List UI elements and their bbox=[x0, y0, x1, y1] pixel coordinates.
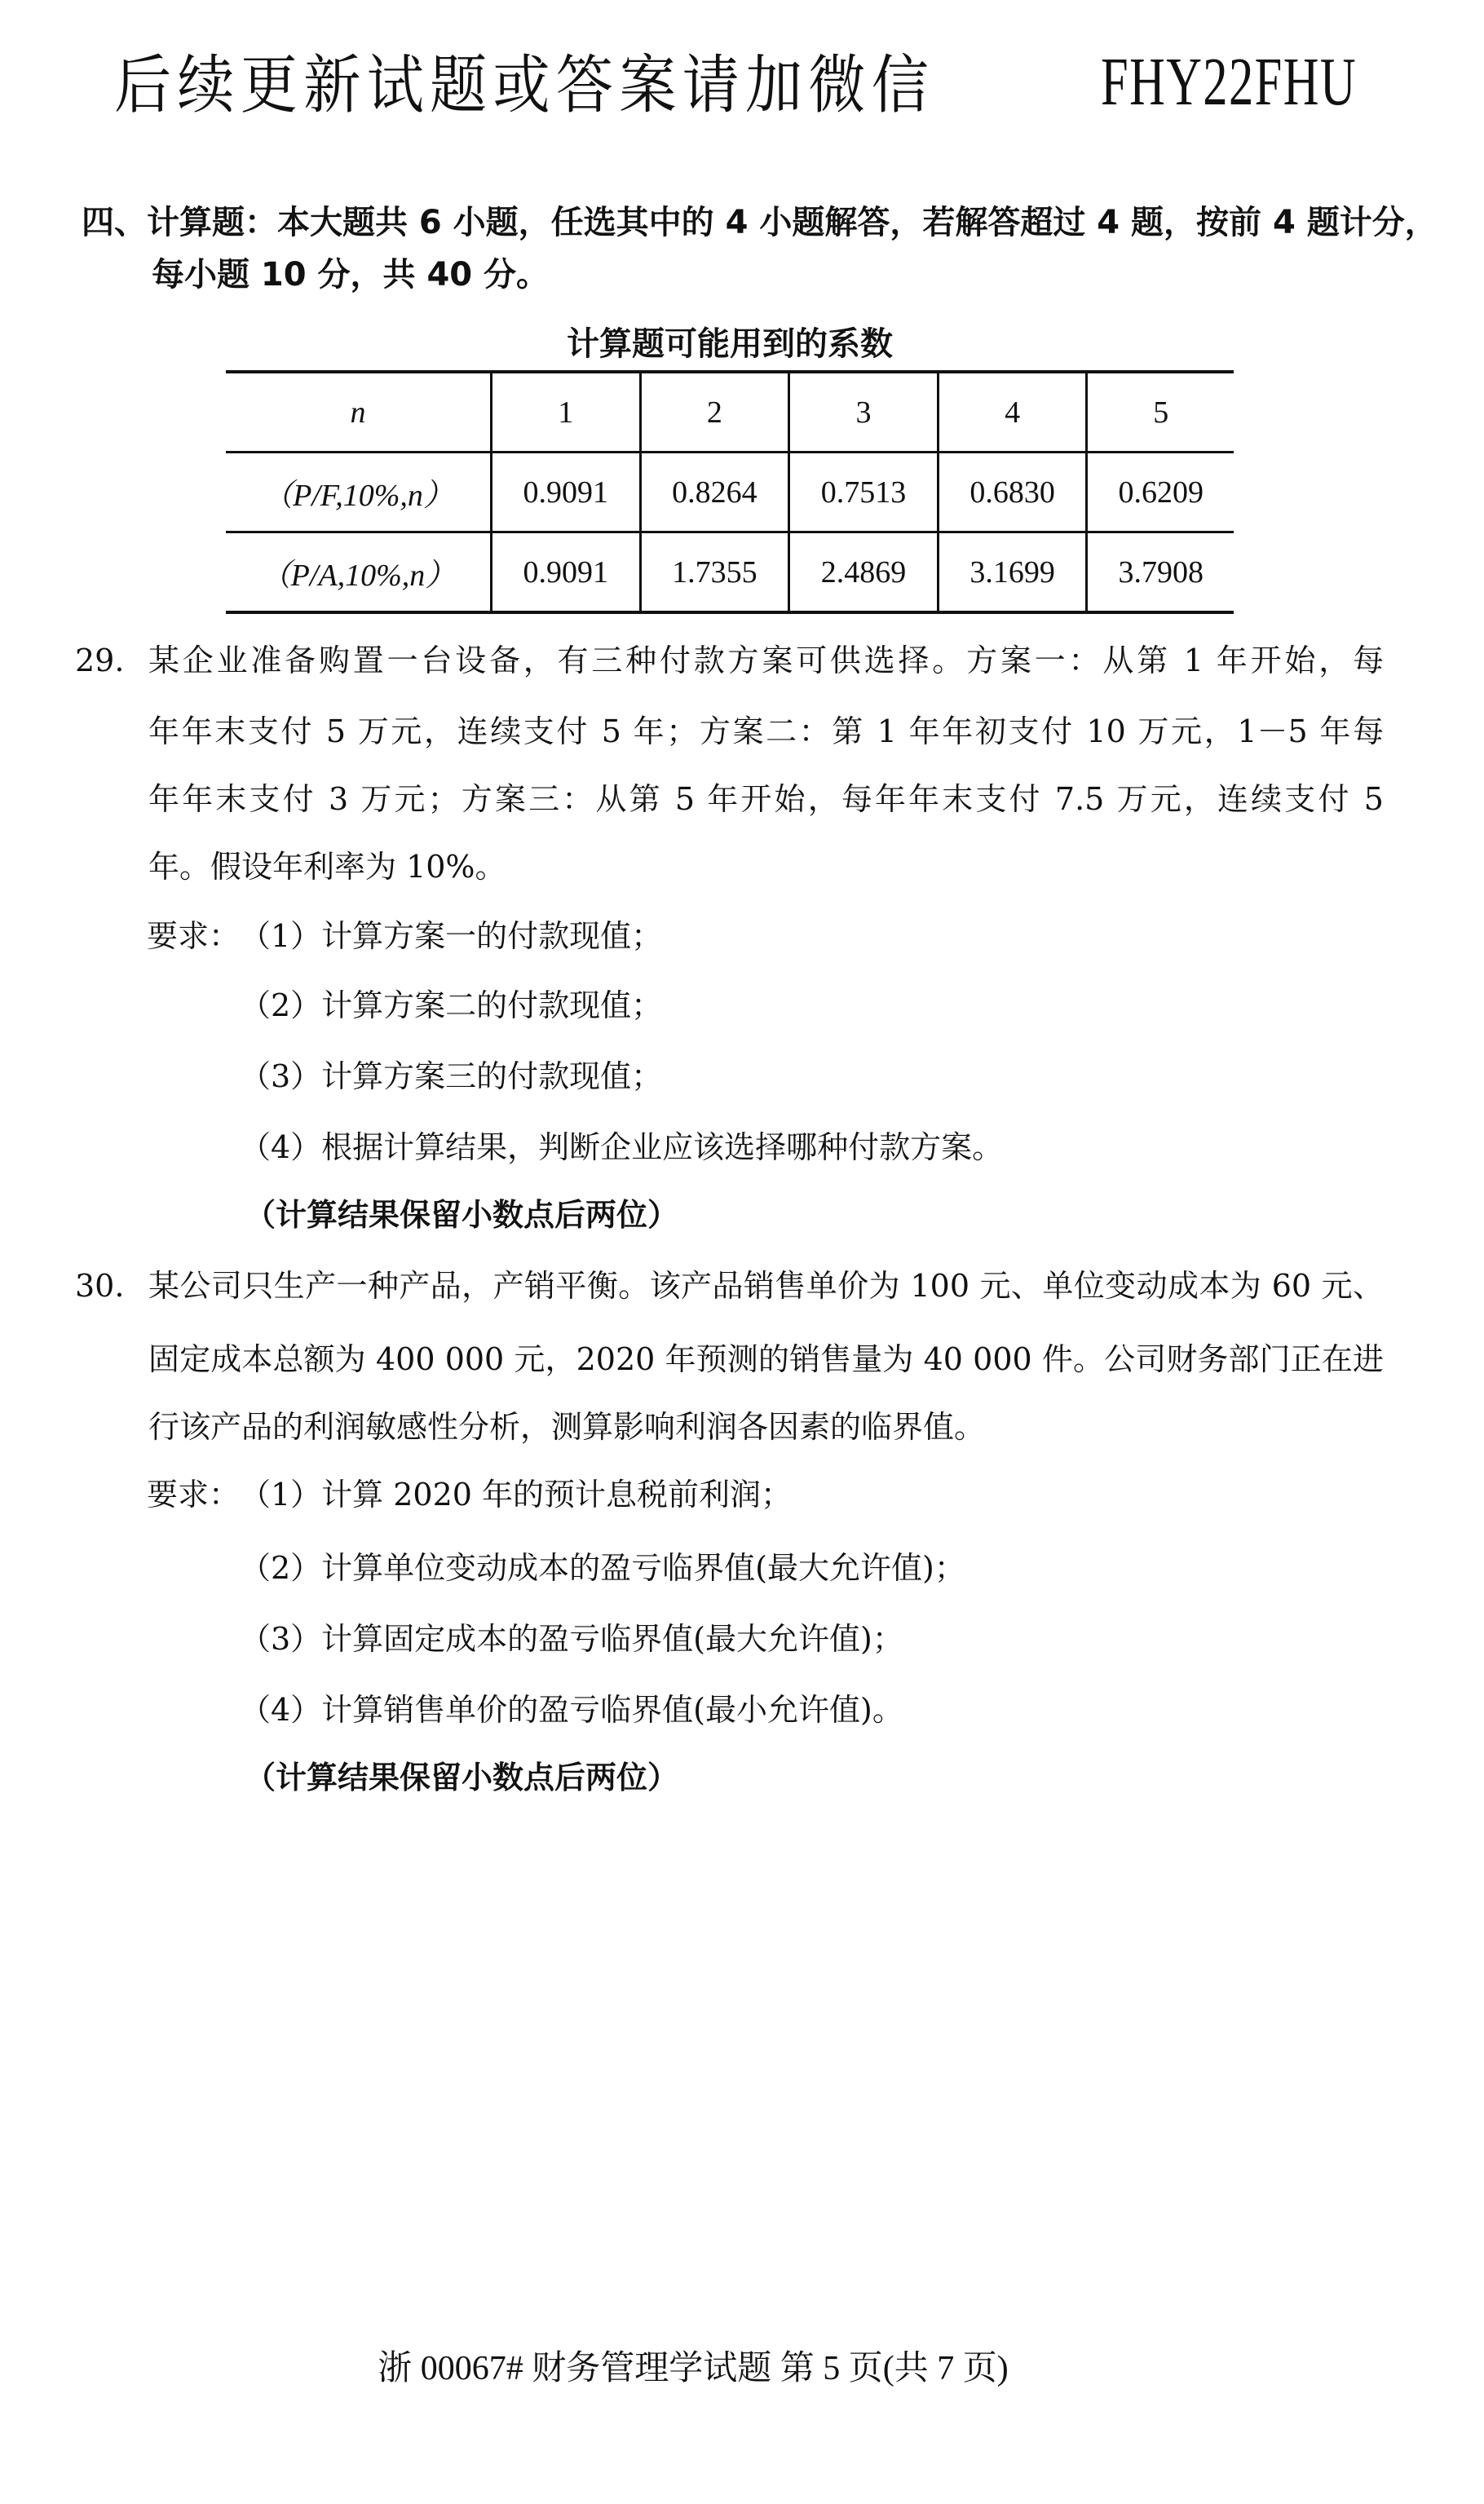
table-row-label: （P/F,10%,n） bbox=[226, 453, 492, 532]
question-30-requirement: （4）计算销售单价的盈亏临界值(最小允许值)。 bbox=[240, 1691, 903, 1729]
table-cell: 0.9091 bbox=[492, 453, 641, 532]
header-notice: 后续更新试题或答案请加微信 bbox=[114, 51, 934, 121]
question-29-line: 年年末支付 3 万元；方案三：从第 5 年开始，每年年末支付 7.5 万元，连续… bbox=[148, 780, 1384, 818]
question-29-number: 29. bbox=[75, 642, 124, 679]
question-29-requirement-label: 要求： bbox=[147, 917, 240, 955]
question-30-note: （计算结果保留小数点后两位） bbox=[245, 1759, 678, 1796]
table-row: （P/A,10%,n） 0.9091 1.7355 2.4869 3.1699 … bbox=[226, 532, 1234, 613]
coefficient-table: n 1 2 3 4 5 （P/F,10%,n） 0.9091 0.8264 0.… bbox=[226, 370, 1234, 614]
table-cell: 0.9091 bbox=[492, 532, 641, 613]
table-cell: 0.8264 bbox=[640, 453, 789, 532]
question-30-number: 30. bbox=[75, 1267, 124, 1305]
question-29-line: 某企业准备购置一台设备，有三种付款方案可供选择。方案一：从第 1 年开始，每 bbox=[148, 642, 1384, 679]
question-29-requirement: （4）根据计算结果，判断企业应该选择哪种付款方案。 bbox=[240, 1128, 1003, 1166]
question-29-note: （计算结果保留小数点后两位） bbox=[245, 1196, 678, 1234]
table-title: 计算题可能用到的系数 bbox=[226, 325, 1234, 364]
section-heading-line2: 每小题 10 分，共 40 分。 bbox=[152, 255, 549, 294]
table-header-label: n bbox=[226, 372, 492, 453]
question-30-line: 某公司只生产一种产品，产销平衡。该产品销售单价为 100 元、单位变动成本为 6… bbox=[148, 1267, 1384, 1305]
table-header-cell: 2 bbox=[640, 372, 789, 453]
table-header-cell: 5 bbox=[1087, 372, 1234, 453]
question-30-requirement: （2）计算单位变动成本的盈亏临界值(最大允许值)； bbox=[240, 1549, 965, 1587]
question-30-requirement-label: 要求： bbox=[147, 1476, 240, 1513]
question-29-line: 年年末支付 5 万元，连续支付 5 年；方案二：第 1 年年初支付 10 万元，… bbox=[148, 713, 1384, 750]
question-30-requirement: （1）计算 2020 年的预计息税前利润； bbox=[240, 1476, 792, 1513]
table-cell: 3.1699 bbox=[938, 532, 1087, 613]
question-30-line: 行该产品的利润敏感性分析，测算影响利润各因素的临界值。 bbox=[148, 1408, 985, 1446]
table-header-row: n 1 2 3 4 5 bbox=[226, 372, 1234, 453]
question-29-line: 年。假设年利率为 10%。 bbox=[148, 848, 506, 885]
table-row-label: （P/A,10%,n） bbox=[226, 532, 492, 613]
question-30-line: 固定成本总额为 400 000 元，2020 年预测的销售量为 40 000 件… bbox=[148, 1340, 1384, 1378]
table-cell: 1.7355 bbox=[640, 532, 789, 613]
question-29-requirement: （1）计算方案一的付款现值； bbox=[240, 917, 662, 955]
header-wechat-id: FHY22FHU bbox=[1101, 46, 1357, 119]
table-cell: 0.7513 bbox=[789, 453, 939, 532]
table-cell: 2.4869 bbox=[789, 532, 939, 613]
page-footer: 浙 00067# 财务管理学试题 第 5 页(共 7 页) bbox=[0, 2348, 1386, 2389]
table-cell: 0.6830 bbox=[938, 453, 1087, 532]
table-cell: 3.7908 bbox=[1087, 532, 1234, 613]
table-row: （P/F,10%,n） 0.9091 0.8264 0.7513 0.6830 … bbox=[226, 453, 1234, 532]
table-header-cell: 1 bbox=[492, 372, 641, 453]
table-header-cell: 3 bbox=[789, 372, 939, 453]
table-cell: 0.6209 bbox=[1087, 453, 1234, 532]
section-heading-line1: 四、计算题：本大题共 6 小题，任选其中的 4 小题解答，若解答超过 4 题，按… bbox=[82, 203, 1386, 242]
question-29-requirement: （3）计算方案三的付款现值； bbox=[240, 1058, 662, 1095]
question-30-requirement: （3）计算固定成本的盈亏临界值(最大允许值)； bbox=[240, 1620, 903, 1658]
question-29-requirement: （2）计算方案二的付款现值； bbox=[240, 987, 662, 1024]
table-header-cell: 4 bbox=[938, 372, 1087, 453]
